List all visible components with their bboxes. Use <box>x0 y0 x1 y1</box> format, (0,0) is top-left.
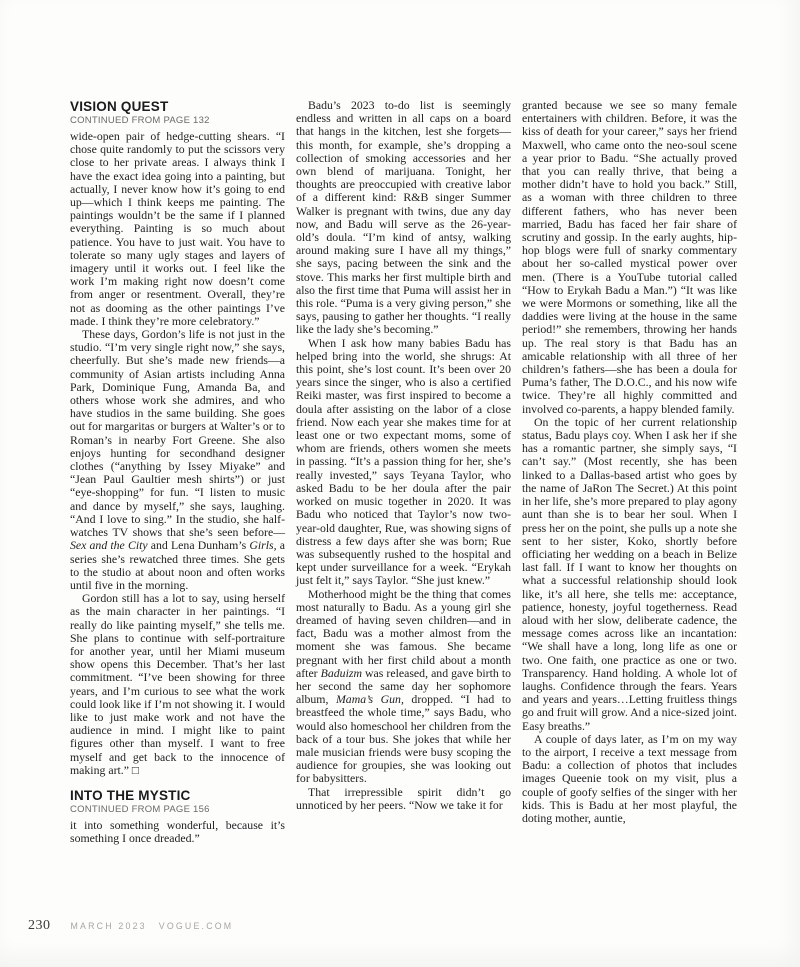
section-title: INTO THE MYSTIC <box>70 788 285 803</box>
paragraph: When I ask how many babies Badu has help… <box>296 337 511 588</box>
paragraph: granted because we see so many female en… <box>522 99 737 416</box>
magazine-page: VISION QUEST CONTINUED FROM PAGE 132 wid… <box>0 0 800 967</box>
paragraph: On the topic of her current relationship… <box>522 416 737 733</box>
paragraph: These days, Gordon’s life is not just in… <box>70 328 285 592</box>
paragraph: A couple of days later, as I’m on my way… <box>522 733 737 825</box>
paragraph: it into something wonderful, because it’… <box>70 819 285 845</box>
section-heading-into-the-mystic: INTO THE MYSTIC CONTINUED FROM PAGE 156 <box>70 788 285 815</box>
continued-from-note: CONTINUED FROM PAGE 156 <box>70 804 285 815</box>
paragraph: wide-open pair of hedge-cutting shears. … <box>70 130 285 328</box>
site-label: VOGUE.COM <box>159 921 234 931</box>
column-2: Badu’s 2023 to-do list is seemingly endl… <box>296 99 511 845</box>
article-columns: VISION QUEST CONTINUED FROM PAGE 132 wid… <box>70 99 738 845</box>
paragraph: Motherhood might be the thing that comes… <box>296 588 511 786</box>
column-1: VISION QUEST CONTINUED FROM PAGE 132 wid… <box>70 99 285 845</box>
section-title: VISION QUEST <box>70 99 285 114</box>
issue-label: MARCH 2023 <box>71 921 147 931</box>
page-footer: 230 MARCH 2023 VOGUE.COM <box>28 918 233 934</box>
continued-from-note: CONTINUED FROM PAGE 132 <box>70 115 285 126</box>
section-heading-vision-quest: VISION QUEST CONTINUED FROM PAGE 132 <box>70 99 285 126</box>
column-3: granted because we see so many female en… <box>522 99 737 845</box>
paragraph: That irrepressible spirit didn’t go unno… <box>296 786 511 812</box>
paragraph: Badu’s 2023 to-do list is seemingly endl… <box>296 99 511 337</box>
page-number: 230 <box>28 918 51 934</box>
paragraph: Gordon still has a lot to say, using her… <box>70 592 285 777</box>
